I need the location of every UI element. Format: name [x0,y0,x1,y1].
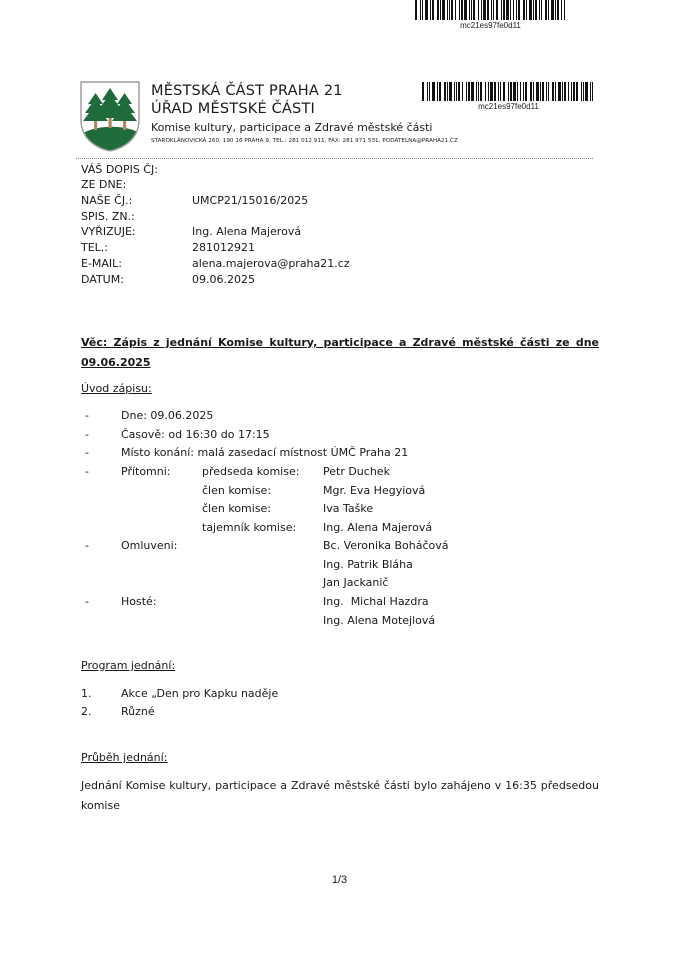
reference-label: ZE DNE: [81,178,192,192]
reference-label: VYŘIZUJE: [81,225,192,239]
intro-place: Místo konání: malá zasedací místnost ÚMČ… [121,446,408,459]
reference-row: VYŘIZUJE:Ing. Alena Majerová [81,225,350,241]
present-role: člen komise: [202,484,271,497]
reference-label: DATUM: [81,273,192,287]
subject-line: Věc: Zápis z jednání Komise kultury, par… [81,333,599,373]
reference-label: NAŠE ČJ.: [81,194,192,208]
barcode-code: mc21es97fe0d11 [415,21,566,30]
present-name: Mgr. Eva Hegyiová [323,484,425,497]
excused-name: Bc. Veronika Boháčová [323,539,449,552]
reference-row: DATUM:09.06.2025 [81,272,350,288]
header-divider [76,158,593,159]
bullet: - [85,446,89,459]
bullet: - [85,595,89,608]
barcode-header: mc21es97fe0d11 [422,82,595,111]
bullet: - [85,539,89,552]
intro-date: Dne: 09.06.2025 [121,409,213,422]
program-item-num: 1. [81,687,92,700]
bullet: - [85,428,89,441]
reference-row: E-MAIL:alena.majerova@praha21.cz [81,256,350,272]
bullet: - [85,465,89,478]
barcode-bars [422,82,595,101]
excused-label: Omluveni: [121,539,177,552]
guest-name: Ing. Alena Motejlová [323,614,435,627]
program-heading: Program jednání: [81,659,175,672]
barcode-code: mc21es97fe0d11 [422,102,595,111]
present-name: Iva Taške [323,502,373,515]
guest-name: Ing. Michal Hazdra [323,595,429,608]
reference-row: NAŠE ČJ.:UMCP21/15016/2025 [81,193,350,209]
program-item-num: 2. [81,705,92,718]
reference-value: alena.majerova@praha21.cz [192,257,350,271]
org-office: ÚŘAD MĚSTSKÉ ČÁSTI [151,100,315,118]
program-item-text: Akce „Den pro Kapku naděje [121,687,278,700]
present-role: tajemník komise: [202,521,296,534]
excused-name: Jan Jackanič [323,576,388,589]
coat-of-arms-trees-icon [79,80,141,153]
proceedings-heading: Průběh jednání: [81,751,167,764]
present-name: Ing. Alena Majerová [323,521,432,534]
reference-label: VÁŠ DOPIS ČJ: [81,163,192,177]
proceedings-text: Jednání Komise kultury, participace a Zd… [81,776,599,816]
present-label: Přítomni: [121,465,171,478]
org-name: MĚSTSKÁ ČÁST PRAHA 21 [151,82,343,100]
reference-block: VÁŠ DOPIS ČJ:ZE DNE:NAŠE ČJ.:UMCP21/1501… [81,162,350,288]
program-item-text: Různé [121,705,155,718]
reference-value: Ing. Alena Majerová [192,225,301,239]
reference-row: ZE DNE: [81,178,350,194]
reference-row: SPIS. ZN.: [81,209,350,225]
reference-value: 09.06.2025 [192,273,255,287]
reference-row: VÁŠ DOPIS ČJ: [81,162,350,178]
reference-value: UMCP21/15016/2025 [192,194,308,208]
guests-label: Hosté: [121,595,157,608]
reference-value: 281012921 [192,241,255,255]
intro-heading: Úvod zápisu: [81,382,152,395]
barcode-bars [415,0,566,20]
reference-label: SPIS. ZN.: [81,210,192,224]
present-role: předseda komise: [202,465,299,478]
excused-name: Ing. Patrik Bláha [323,558,413,571]
present-name: Petr Duchek [323,465,390,478]
address-line: STAROKLÁNOVICKÁ 260, 190 16 PRAHA 9, TEL… [151,137,458,145]
reference-label: TEL.: [81,241,192,255]
present-role: člen komise: [202,502,271,515]
page-number: 1/3 [0,874,679,886]
intro-time: Časově: od 16:30 do 17:15 [121,428,270,441]
barcode-top: mc21es97fe0d11 [415,0,566,30]
bullet: - [85,409,89,422]
department-name: Komise kultury, participace a Zdravé měs… [151,121,432,135]
reference-label: E-MAIL: [81,257,192,271]
reference-row: TEL.:281012921 [81,240,350,256]
